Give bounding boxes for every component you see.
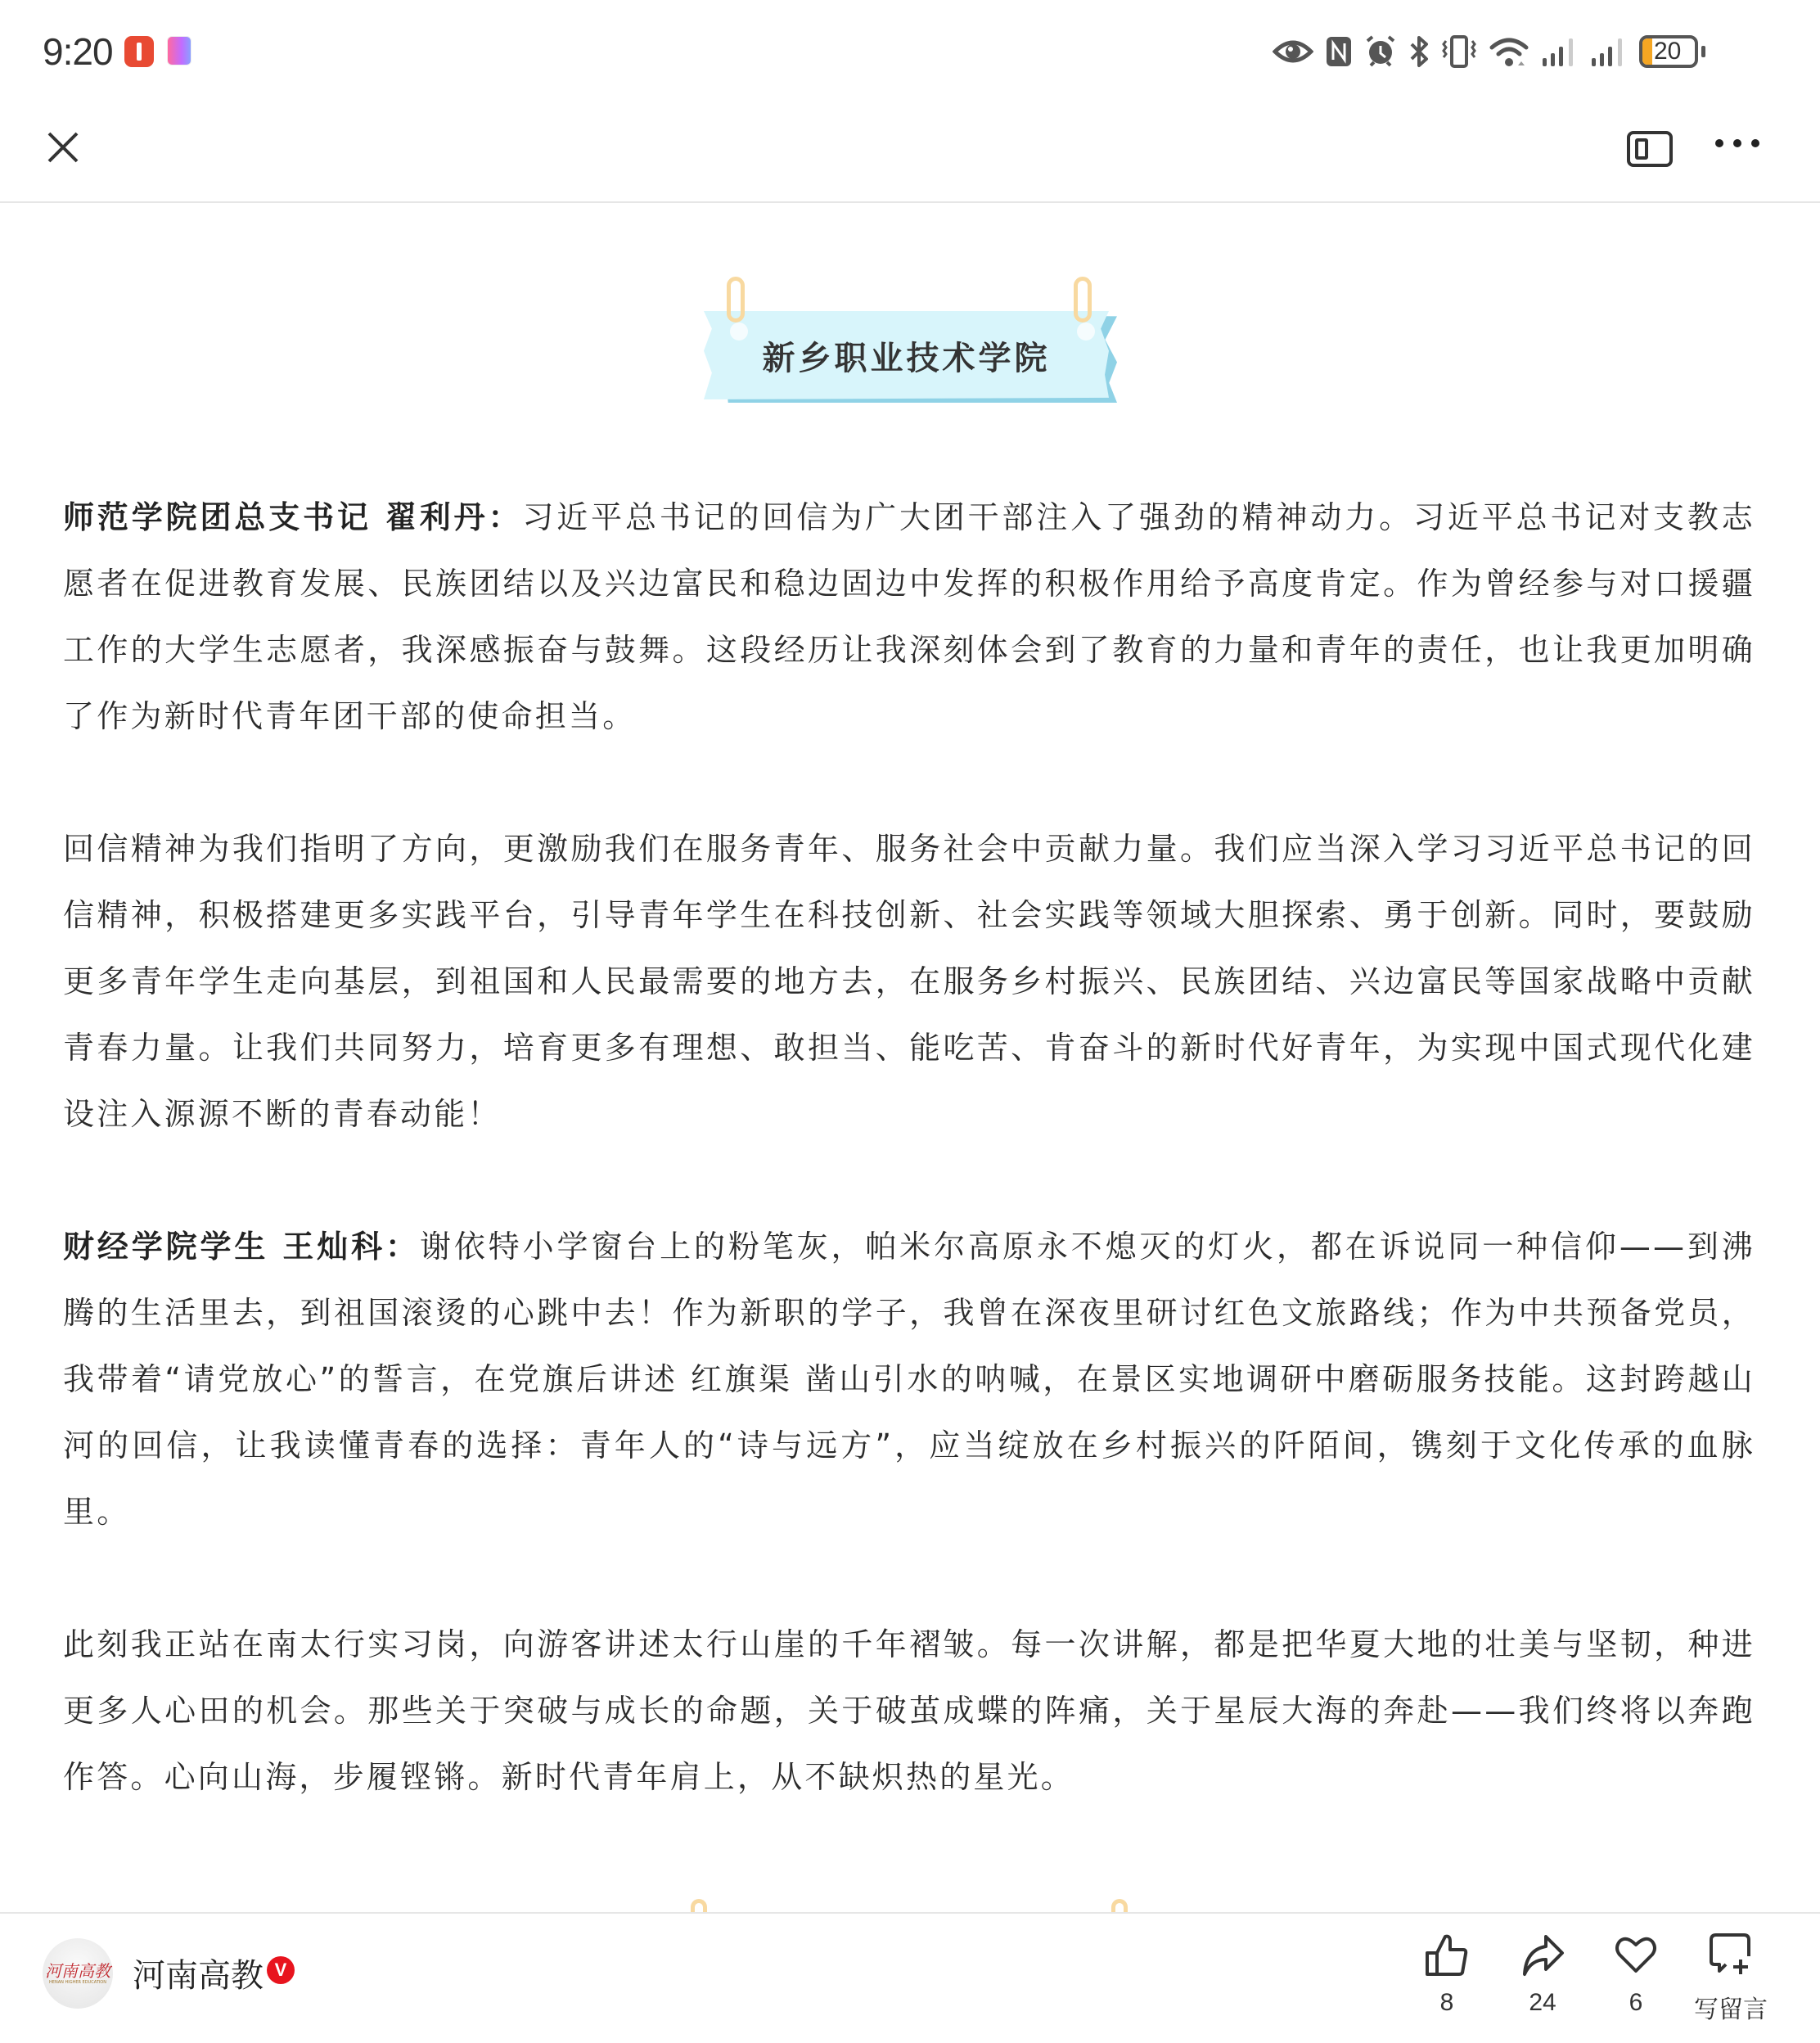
paragraph: 此刻我正站在南太行实习岗，向游客讲述太行山崖的千年褶皱。每一次讲解，都是把华夏大…: [63, 1612, 1755, 1811]
favorite-count: 6: [1629, 1989, 1643, 2017]
notification-app-icon: [167, 36, 191, 65]
verified-badge-icon: V: [267, 1956, 295, 1984]
speaker-label: 财经学院学生 王灿科：: [63, 1229, 420, 1265]
more-icon-dot: [1715, 139, 1723, 147]
section-title: 新乡职业技术学院: [763, 332, 1051, 379]
battery-tip: [1701, 46, 1705, 57]
nfc-icon: [1325, 35, 1353, 68]
avatar-logo-subtext: HENAN HIGHER EDUCATION: [49, 1980, 106, 1985]
comment-add-icon: [1708, 1932, 1754, 1978]
status-bar: 9:20 20: [0, 0, 1820, 98]
signal-icon-2: [1590, 35, 1628, 68]
banner-hole: [1077, 322, 1095, 340]
favorite-button[interactable]: 6: [1591, 1932, 1681, 2017]
paragraph: 师范学院团总支书记 翟利丹：习近平总书记的回信为广大团干部注入了强劲的精神动力。…: [63, 485, 1755, 750]
floating-window-icon: [1635, 138, 1648, 160]
like-count: 8: [1440, 1989, 1454, 2017]
more-icon-dot: [1751, 139, 1759, 147]
battery-percent: 20: [1654, 38, 1681, 65]
bottom-bar: 河南高教 HENAN HIGHER EDUCATION 河南高教 V 8 24 …: [0, 1912, 1820, 2043]
ring-decoration-icon: [1074, 277, 1092, 322]
notification-alert-icon: [124, 36, 154, 67]
avatar-logo-text: 河南高教: [45, 1962, 110, 1980]
article-body: 师范学院团总支书记 翟利丹：习近平总书记的回信为广大团干部注入了强劲的精神动力。…: [63, 485, 1755, 1877]
close-button[interactable]: [41, 121, 85, 174]
paragraph-text: 谢依特小学窗台上的粉笔灰，帕米尔高原永不熄灭的灯火，都在诉说同一种信仰——到沸腾…: [63, 1229, 1755, 1530]
heart-icon: [1613, 1932, 1659, 1978]
status-time: 9:20: [43, 29, 113, 74]
vibrate-icon: [1441, 34, 1477, 69]
section-title-banner: 新乡职业技术学院: [704, 270, 1121, 401]
wifi-icon: [1489, 34, 1529, 69]
write-comment-label: 写留言: [1694, 1989, 1768, 2025]
bluetooth-icon: [1408, 34, 1430, 69]
more-button[interactable]: [1715, 139, 1759, 147]
share-button[interactable]: 24: [1498, 1932, 1588, 2017]
close-icon: [47, 131, 79, 164]
paragraph-text: 回信精神为我们指明了方向，更激励我们在服务青年、服务社会中贡献力量。我们应当深入…: [63, 831, 1755, 1132]
account-name[interactable]: 河南高教: [133, 1950, 264, 1996]
thumbs-up-icon: [1424, 1932, 1470, 1978]
signal-icon: [1541, 35, 1579, 68]
like-button[interactable]: 8: [1402, 1932, 1492, 2017]
paragraph-text: 此刻我正站在南太行实习岗，向游客讲述太行山崖的千年褶皱。每一次讲解，都是把华夏大…: [63, 1626, 1755, 1795]
speaker-label: 师范学院团总支书记 翟利丹：: [63, 499, 522, 535]
eye-comfort-icon: [1273, 35, 1313, 68]
banner-hole: [730, 322, 748, 340]
floating-window-button[interactable]: [1627, 131, 1673, 167]
paragraph: 回信精神为我们指明了方向，更激励我们在服务青年、服务社会中贡献力量。我们应当深入…: [63, 816, 1755, 1148]
more-icon-dot: [1733, 139, 1741, 147]
status-icons: 20: [1273, 33, 1705, 70]
share-count: 24: [1529, 1989, 1556, 2017]
top-nav: [0, 98, 1820, 203]
share-icon: [1520, 1932, 1565, 1978]
alarm-icon: [1364, 34, 1397, 69]
battery-icon: 20: [1639, 35, 1698, 68]
account-avatar[interactable]: 河南高教 HENAN HIGHER EDUCATION: [43, 1938, 113, 2009]
banner: 新乡职业技术学院: [704, 311, 1109, 399]
ring-decoration-icon: [727, 277, 745, 322]
write-comment-button[interactable]: 写留言: [1686, 1932, 1776, 2025]
paragraph: 财经学院学生 王灿科：谢依特小学窗台上的粉笔灰，帕米尔高原永不熄灭的灯火，都在诉…: [63, 1214, 1755, 1545]
